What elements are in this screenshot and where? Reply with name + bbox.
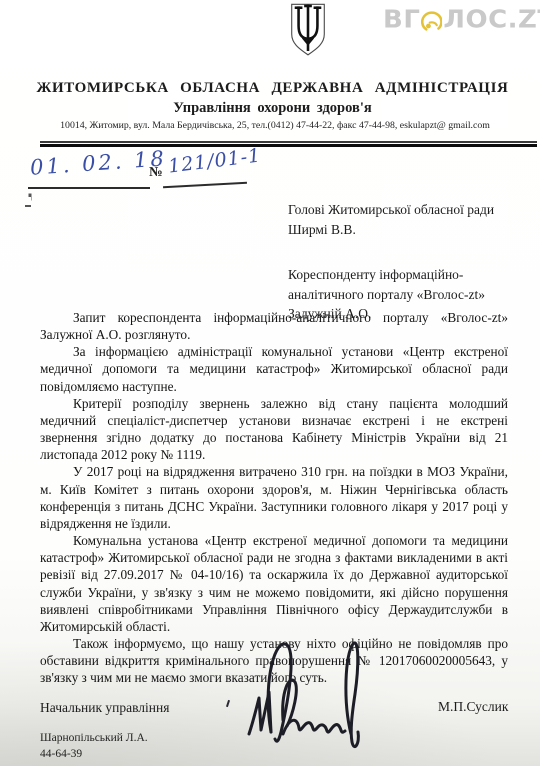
body-paragraph: У 2017 році на відрядження витрачено 310… <box>40 463 508 532</box>
letterhead-department: Управління охорони здоров'я <box>20 100 525 117</box>
letterhead-rule-thick <box>40 144 537 147</box>
letterhead-address: 10014, Житомир, вул. Мала Бердичівська, … <box>20 120 530 131</box>
executor-phone: 44-64-39 <box>40 746 148 762</box>
body-paragraph: Комунальна установа «Центр екстреної мед… <box>40 532 508 635</box>
body-paragraph: Критерії розподілу звернень залежно від … <box>40 395 508 464</box>
recipient-group-1: Голові Житомирської обласної ради Ширмі … <box>288 200 534 239</box>
signer-position: Начальник управління <box>40 700 169 716</box>
recipient-line: Кореспонденту інформаційно- <box>288 265 534 285</box>
date-underline <box>28 187 150 189</box>
vgolos-zt-watermark: ВГ ЛОС.ZT <box>383 6 540 35</box>
body-paragraph: Запит кореспондента інформаційно-аналіти… <box>40 309 508 343</box>
trident-emblem <box>284 2 332 58</box>
handwritten-signature <box>243 636 373 754</box>
executor-name: Шарнопільський Л.А. <box>40 730 148 746</box>
vgolos-sound-icon <box>421 9 442 32</box>
scanned-letter-page: ВГ ЛОС.ZT ЖИТОМИРСЬКА ОБЛАСНА ДЕРЖАВНА А… <box>0 0 540 766</box>
number-underline <box>163 182 247 188</box>
recipient-line: аналітичного порталу «Вголос-zt» <box>288 285 534 305</box>
letterhead-organization: ЖИТОМИРСЬКА ОБЛАСНА ДЕРЖАВНА АДМІНІСТРАЦ… <box>20 80 525 97</box>
signer-name: М.П.Суслик <box>438 699 508 715</box>
handwritten-outgoing-number: 121/01-1 <box>167 144 262 177</box>
pen-tick-mark <box>226 700 230 707</box>
number-sign-label: № <box>149 164 163 180</box>
letter-body: Запит кореспондента інформаційно-аналіти… <box>40 309 508 686</box>
handwritten-date: 01. 02. 18 <box>29 146 167 179</box>
body-paragraph: За інформацією адміністрації комунальної… <box>40 343 508 394</box>
recipient-line: Голові Житомирської обласної ради <box>288 200 534 220</box>
executor-block: Шарнопільський Л.А. 44-64-39 <box>40 730 148 762</box>
scan-artifact-mark <box>25 197 31 207</box>
letterhead-rule-thin <box>40 141 537 143</box>
recipient-line: Ширмі В.В. <box>288 220 534 240</box>
watermark-text-left: ВГ <box>383 7 420 34</box>
watermark-text-right: ЛОС.ZT <box>443 7 540 34</box>
